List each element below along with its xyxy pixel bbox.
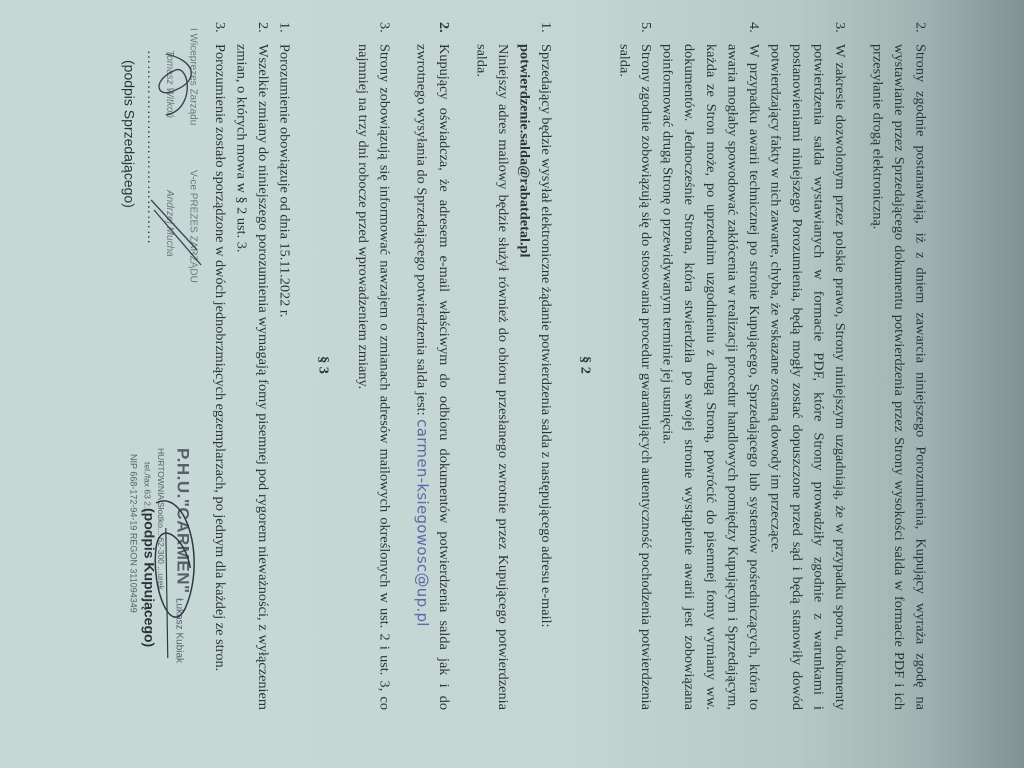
- item-number: 3.: [374, 22, 396, 33]
- buyer-stamp-company: P.H.U."CARMEN": [172, 448, 194, 594]
- s3-item-1: 1. Porozumienie obowiązuje od dnia 15.11…: [274, 20, 296, 710]
- item-number: 3.: [829, 22, 851, 33]
- buyer-stamp-owner: Łukasz Kubiak: [168, 598, 190, 663]
- section-3-heading: § 3: [313, 20, 335, 710]
- section-3-items: 1. Porozumienie obowiązuje od dnia 15.11…: [209, 20, 295, 710]
- item-number: 3.: [209, 22, 231, 33]
- item-text: Sprzedający będzie wysyłał elektroniczne…: [538, 44, 554, 628]
- document-body: 2. Strony zgodnie postanawiają, iż z dni…: [68, 20, 931, 710]
- signature-area: I Wiceprezes Zarządu V-ce PREZES ZARZĄDU…: [68, 20, 205, 710]
- section-1-items: 2. Strony zgodnie postanawiają, iż z dni…: [614, 20, 932, 710]
- item-number: 5.: [635, 22, 657, 33]
- section-2-items: 1. Sprzedający będzie wysyłał elektronic…: [352, 20, 557, 710]
- s1-item-5: 5. Strony zgodnie zobowiązują się do sto…: [614, 20, 657, 710]
- s2-item-2: 2. Kupujący oświadcza, że adresem e-mail…: [411, 20, 455, 710]
- seller-stamp-title-1: I Wiceprezes Zarządu: [181, 28, 203, 125]
- item-text-continued: Niniejszy adres mailowy będzie służył ró…: [474, 44, 511, 710]
- item-text: Strony zgodnie postanawiają, iż z dniem …: [869, 44, 928, 710]
- item-number: 2.: [433, 22, 455, 33]
- item-text: Wszelkie zmiany do niniejszego porozumie…: [233, 44, 270, 710]
- item-text: W zakresie dozwolonym przez polskie praw…: [768, 44, 848, 710]
- seller-signature-dotted-line: …………………………………: [140, 50, 162, 245]
- s3-item-2: 2. Wszelkie zmiany do niniejszego porozu…: [230, 20, 273, 710]
- buyer-signature-caption: (podpis Kupującego): [138, 508, 160, 647]
- scanned-document-page: 2. Strony zgodnie postanawiają, iż z dni…: [0, 0, 1024, 768]
- item-text: Porozumienie obowiązuje od dnia 15.11.20…: [277, 44, 293, 317]
- seller-email: potwierdzenie.salda@rabatdetal.pl: [517, 44, 533, 257]
- item-text: Strony zgodnie zobowiązują się do stosow…: [617, 44, 654, 710]
- item-text: Porozumienie zostało sporządzone w dwóch…: [212, 44, 228, 671]
- s1-item-4: 4. W przypadku awarii technicznej po str…: [657, 20, 765, 710]
- item-text: W przypadku awarii technicznej po stroni…: [660, 44, 762, 710]
- item-number: 1.: [274, 22, 296, 33]
- s3-item-3: 3. Porozumienie zostało sporządzone w dw…: [209, 20, 231, 710]
- seller-signature-caption: (podpis Sprzedającego): [119, 60, 141, 208]
- item-number: 4.: [743, 22, 765, 33]
- item-number: 2.: [910, 22, 932, 33]
- s1-item-3: 3. W zakresie dozwolonym przez polskie p…: [765, 20, 851, 710]
- handwritten-buyer-email: carmen-ksiegowosc@up.pl: [414, 419, 432, 627]
- item-number: 1.: [535, 22, 557, 33]
- item-text: Strony zobowiązują się informować nawzaj…: [355, 44, 392, 710]
- seller-stamp-title-2: V-ce PREZES ZARZĄDU: [181, 170, 203, 283]
- section-2-heading: § 2: [574, 20, 596, 710]
- s1-item-2: 2. Strony zgodnie postanawiają, iż z dni…: [867, 20, 932, 710]
- s2-item-1: 1. Sprzedający będzie wysyłał elektronic…: [471, 20, 557, 710]
- s2-item-3: 3. Strony zobowiązują się informować naw…: [352, 20, 395, 710]
- buyer-signature-block: P.H.U."CARMEN" Łukasz Kubiak HURTOWNIA S…: [68, 408, 205, 718]
- seller-signature-block: I Wiceprezes Zarządu V-ce PREZES ZARZĄDU…: [68, 20, 205, 320]
- item-number: 2.: [252, 22, 274, 33]
